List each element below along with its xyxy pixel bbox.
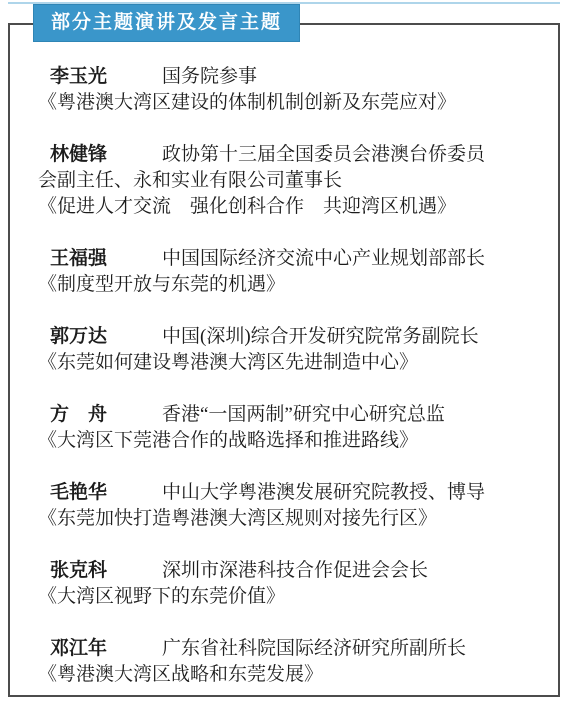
speaker-entry: 张克科深圳市深港科技合作促进会会长 《大湾区视野下的东莞价值》 — [38, 558, 548, 610]
speaker-line: 邓江年广东省社科院国际经济研究所副所长 — [38, 636, 548, 662]
speaker-topic: 《东莞如何建设粤港澳大湾区先进制造中心》 — [38, 350, 548, 376]
speaker-line: 林健锋政协第十三届全国委员会港澳台侨委员 会副主任、永和实业有限公司董事长 — [38, 142, 548, 194]
speaker-entry: 邓江年广东省社科院国际经济研究所副所长 《粤港澳大湾区战略和东莞发展》 — [38, 636, 548, 688]
speaker-name: 毛艳华 — [50, 480, 162, 506]
speaker-line: 郭万达中国(深圳)综合开发研究院常务副院长 — [38, 324, 548, 350]
speaker-entry: 郭万达中国(深圳)综合开发研究院常务副院长 《东莞如何建设粤港澳大湾区先进制造中… — [38, 324, 548, 376]
speaker-title: 中山大学粤港澳发展研究院教授、博导 — [162, 482, 485, 503]
page-title: 部分主题演讲及发言主题 — [51, 12, 282, 33]
header-badge: 部分主题演讲及发言主题 — [33, 4, 300, 42]
speaker-entry: 李玉光国务院参事 《粤港澳大湾区建设的体制机制创新及东莞应对》 — [38, 64, 548, 116]
speaker-entry: 林健锋政协第十三届全国委员会港澳台侨委员 会副主任、永和实业有限公司董事长 《促… — [38, 142, 548, 220]
speaker-line: 王福强中国国际经济交流中心产业规划部部长 — [38, 246, 548, 272]
speaker-name: 方 舟 — [50, 402, 162, 428]
speaker-name: 王福强 — [50, 246, 162, 272]
speaker-topic: 《粤港澳大湾区建设的体制机制创新及东莞应对》 — [38, 90, 548, 116]
speaker-title: 深圳市深港科技合作促进会会长 — [162, 560, 428, 581]
speaker-name: 邓江年 — [50, 636, 162, 662]
infographic-page: 部分主题演讲及发言主题 李玉光国务院参事 《粤港澳大湾区建设的体制机制创新及东莞… — [0, 0, 570, 710]
speaker-entry: 毛艳华中山大学粤港澳发展研究院教授、博导 《东莞加快打造粤港澳大湾区规则对接先行… — [38, 480, 548, 532]
speaker-topic: 《大湾区下莞港合作的战略选择和推进路线》 — [38, 428, 548, 454]
speaker-panel: 李玉光国务院参事 《粤港澳大湾区建设的体制机制创新及东莞应对》 林健锋政协第十三… — [8, 23, 560, 697]
speaker-name: 李玉光 — [50, 64, 162, 90]
speaker-title: 中国国际经济交流中心产业规划部部长 — [162, 248, 485, 269]
speaker-title: 广东省社科院国际经济研究所副所长 — [162, 638, 466, 659]
speaker-title: 中国(深圳)综合开发研究院常务副院长 — [162, 326, 479, 347]
speaker-name: 张克科 — [50, 558, 162, 584]
speaker-line: 张克科深圳市深港科技合作促进会会长 — [38, 558, 548, 584]
speaker-title: 香港“一国两制”研究中心研究总监 — [162, 404, 445, 425]
speaker-entry: 王福强中国国际经济交流中心产业规划部部长 《制度型开放与东莞的机遇》 — [38, 246, 548, 298]
speaker-list: 李玉光国务院参事 《粤港澳大湾区建设的体制机制创新及东莞应对》 林健锋政协第十三… — [10, 25, 558, 710]
speaker-topic: 《促进人才交流 强化创科合作 共迎湾区机遇》 — [38, 194, 548, 220]
speaker-entry: 方 舟香港“一国两制”研究中心研究总监 《大湾区下莞港合作的战略选择和推进路线》 — [38, 402, 548, 454]
speaker-topic: 《粤港澳大湾区战略和东莞发展》 — [38, 662, 548, 688]
speaker-name: 郭万达 — [50, 324, 162, 350]
speaker-topic: 《东莞加快打造粤港澳大湾区规则对接先行区》 — [38, 506, 548, 532]
speaker-line: 毛艳华中山大学粤港澳发展研究院教授、博导 — [38, 480, 548, 506]
speaker-title: 国务院参事 — [162, 66, 257, 87]
speaker-topic: 《大湾区视野下的东莞价值》 — [38, 584, 548, 610]
speaker-line: 方 舟香港“一国两制”研究中心研究总监 — [38, 402, 548, 428]
speaker-name: 林健锋 — [50, 142, 162, 168]
speaker-line: 李玉光国务院参事 — [38, 64, 548, 90]
speaker-topic: 《制度型开放与东莞的机遇》 — [38, 272, 548, 298]
